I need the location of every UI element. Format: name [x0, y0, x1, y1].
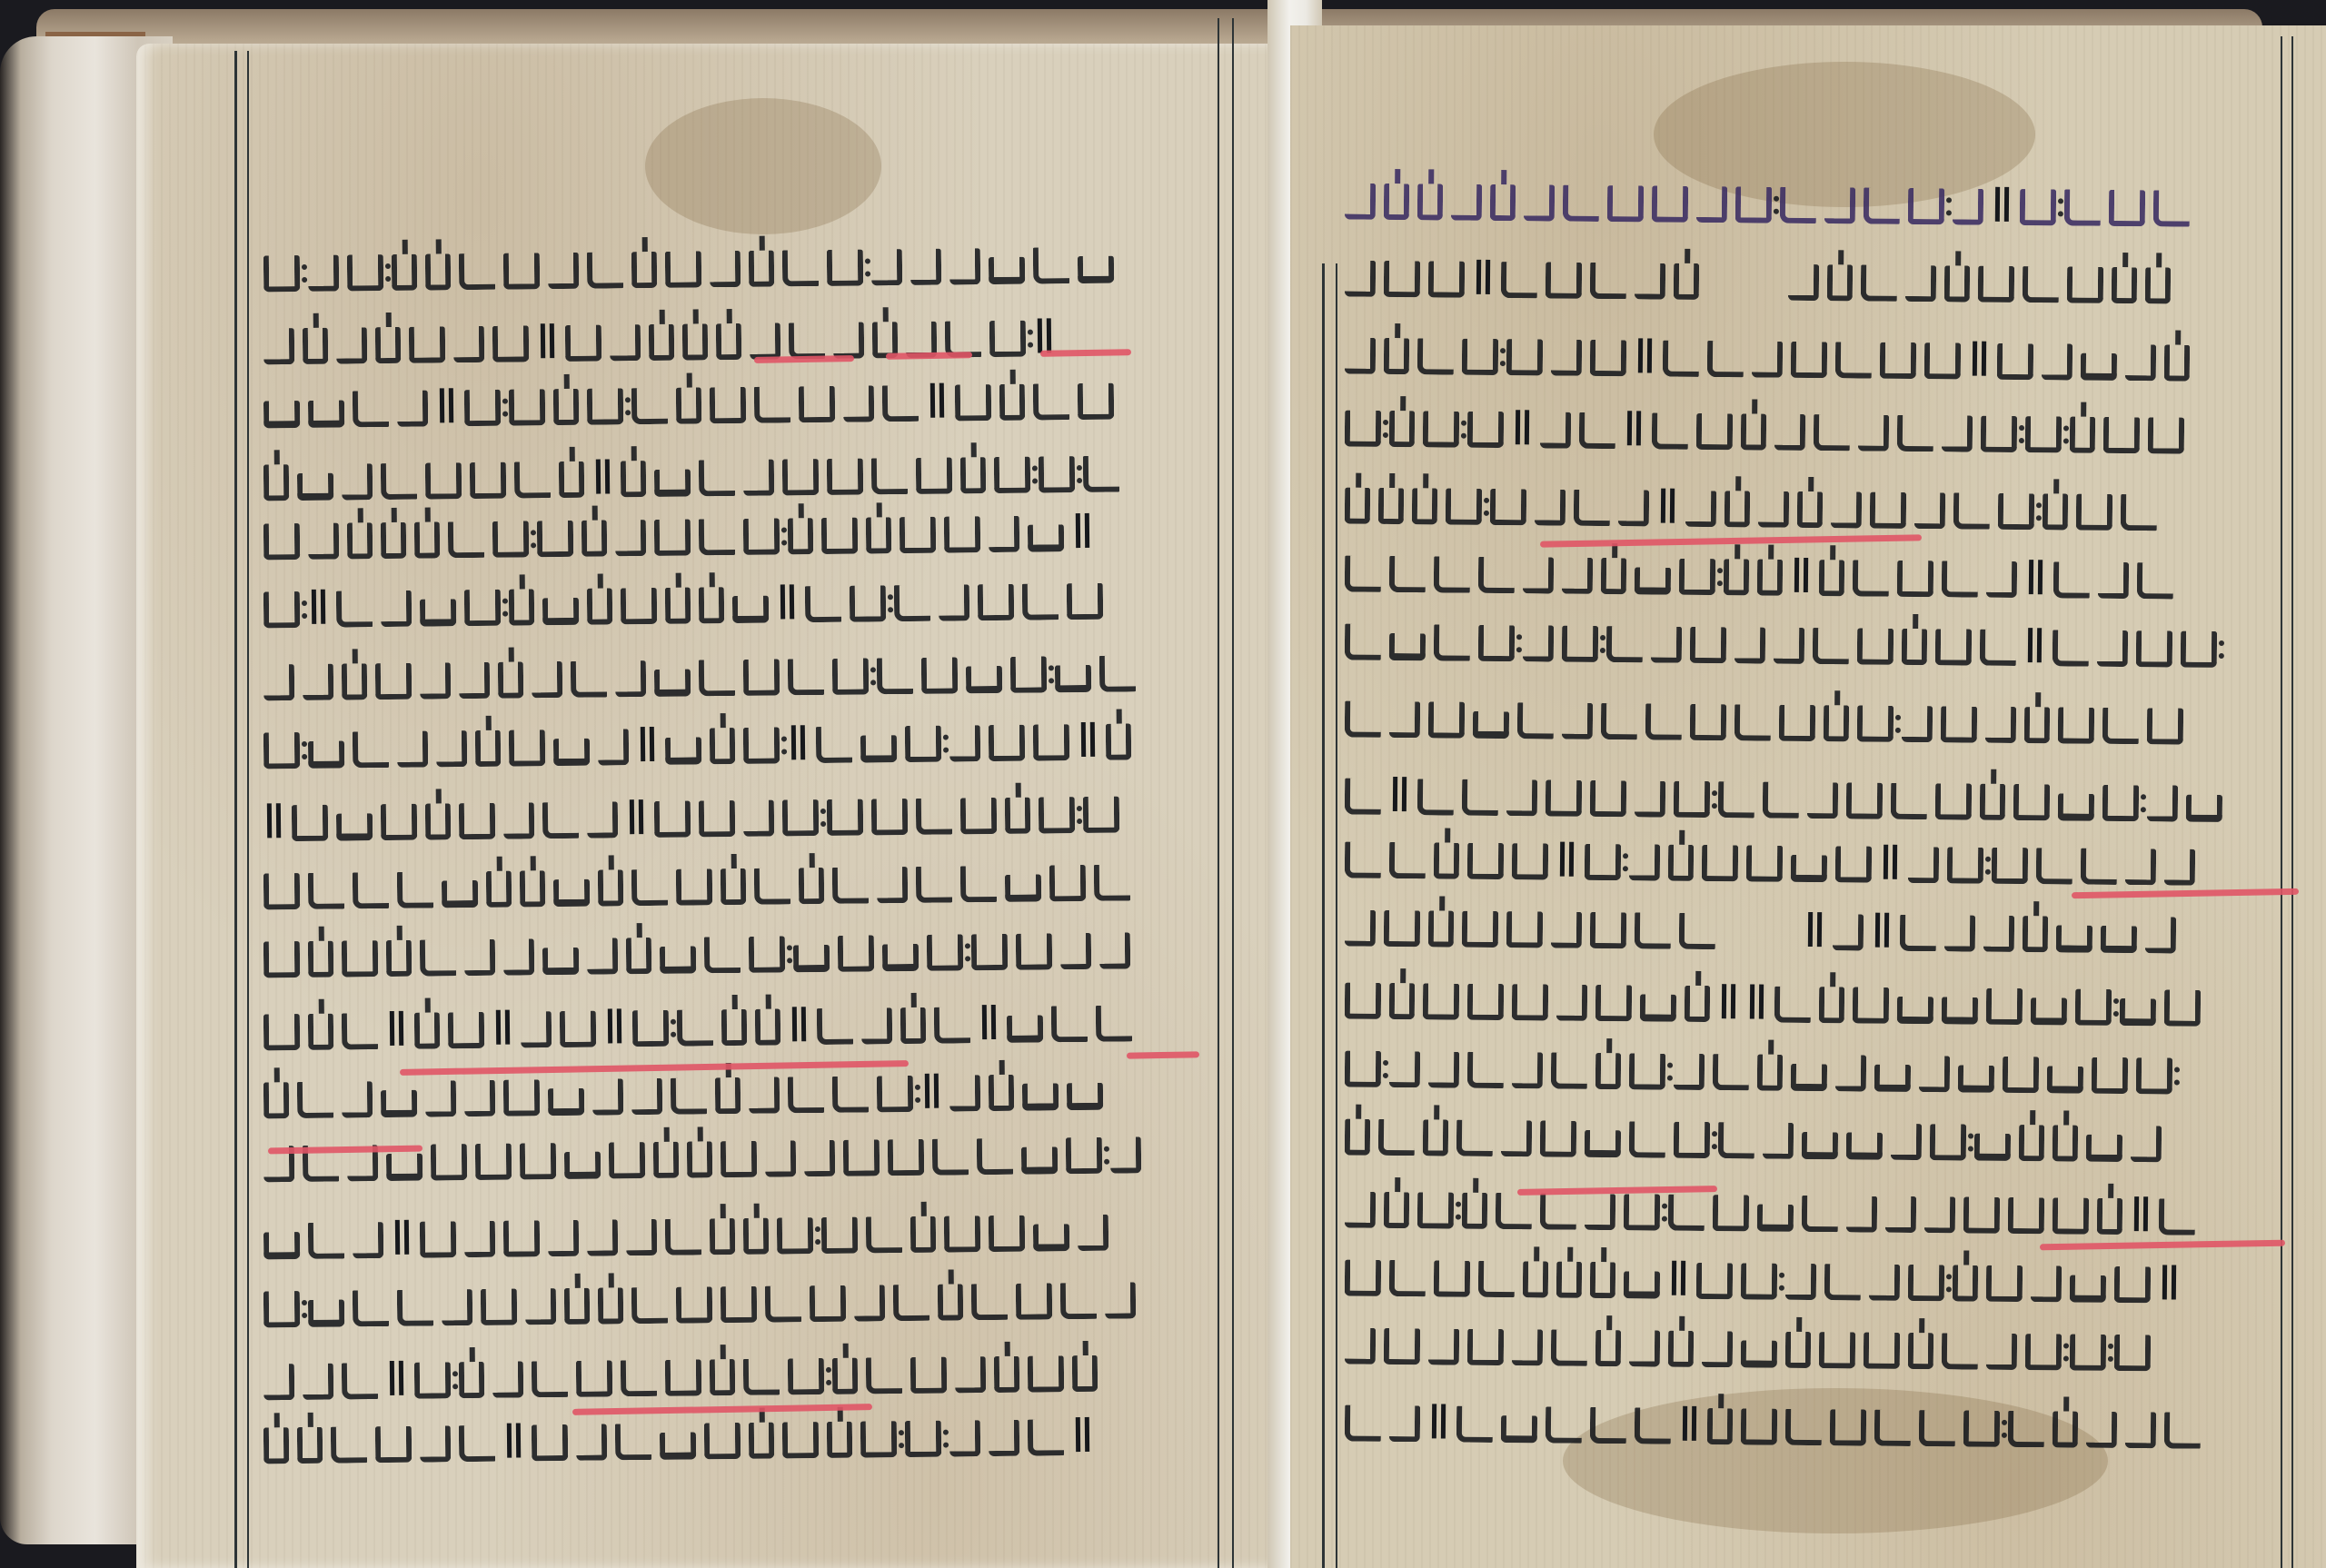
danda-mark [1428, 1402, 1448, 1442]
handwritten-glyph [777, 1217, 813, 1254]
handwritten-glyph [1585, 844, 1621, 880]
handwritten-glyph [2020, 189, 2056, 225]
handwritten-glyph [420, 1221, 456, 1257]
handwritten-glyph [615, 1424, 651, 1460]
handwritten-glyph [687, 1141, 712, 1177]
handwritten-glyph [2053, 561, 2090, 598]
handwritten-glyph [442, 880, 478, 908]
handwritten-glyph [342, 663, 367, 700]
handwritten-glyph [342, 1081, 373, 1117]
handwritten-glyph [615, 520, 646, 556]
handwritten-glyph [1986, 1265, 2023, 1302]
handwritten-glyph [732, 596, 769, 623]
handwritten-glyph [1556, 1262, 1582, 1298]
handwritten-glyph [934, 1007, 970, 1043]
handwritten-glyph [1908, 847, 1939, 883]
handwritten-glyph [1741, 1340, 1777, 1367]
handwritten-glyph [1506, 779, 1537, 816]
handwritten-glyph [503, 1220, 540, 1256]
right-page-margin-rule [1322, 263, 1325, 1568]
danda-mark [1624, 409, 1644, 449]
handwritten-glyph [1345, 488, 1370, 524]
handwritten-glyph [999, 384, 1025, 421]
handwritten-glyph [743, 460, 774, 496]
right-page-margin-rule [2291, 36, 2293, 1568]
handwritten-glyph [375, 663, 412, 700]
handwritten-glyph [303, 1364, 333, 1400]
danda-mark [1635, 336, 1655, 376]
manuscript-line [1345, 978, 2271, 1027]
handwritten-glyph [2047, 1066, 2083, 1093]
handwritten-glyph [2013, 784, 2050, 820]
handwritten-glyph [1551, 340, 1582, 376]
handwritten-glyph [1467, 843, 1504, 879]
handwritten-glyph [715, 1077, 741, 1114]
handwritten-glyph [263, 941, 300, 978]
handwritten-glyph [1663, 341, 1699, 377]
handwritten-glyph [2064, 189, 2101, 225]
handwritten-glyph [2186, 795, 2222, 822]
handwritten-glyph [459, 1362, 484, 1398]
handwritten-glyph [1774, 414, 1805, 451]
handwritten-glyph [789, 323, 825, 359]
handwritten-glyph [989, 516, 1019, 552]
handwritten-glyph [1005, 874, 1041, 901]
handwritten-glyph [542, 802, 579, 839]
handwritten-glyph [665, 1218, 701, 1255]
handwritten-glyph [699, 660, 735, 696]
handwritten-glyph [263, 255, 300, 292]
handwritten-glyph [631, 388, 668, 424]
handwritten-glyph [676, 868, 712, 905]
handwritten-glyph [749, 1423, 774, 1459]
handwritten-glyph [827, 250, 863, 286]
handwritten-glyph [514, 461, 551, 498]
handwritten-glyph [425, 462, 462, 499]
handwritten-glyph [308, 255, 339, 292]
handwritten-glyph [749, 936, 785, 972]
handwritten-glyph [910, 1216, 936, 1253]
manuscript-line [1345, 1114, 2271, 1164]
handwritten-glyph [2008, 1411, 2044, 1447]
handwritten-glyph [525, 1288, 556, 1325]
handwritten-glyph [381, 804, 417, 840]
handwritten-glyph [810, 1285, 846, 1322]
handwritten-glyph [1763, 782, 1799, 819]
handwritten-glyph [2081, 353, 2117, 381]
handwritten-glyph [1028, 524, 1064, 551]
handwritten-glyph [966, 666, 1002, 693]
handwritten-glyph [1467, 1329, 1504, 1365]
handwritten-glyph [2056, 925, 2092, 952]
handwritten-glyph [1902, 629, 1927, 665]
handwritten-glyph [503, 802, 534, 839]
handwritten-glyph [459, 1425, 495, 1462]
handwritten-glyph [1579, 412, 1615, 449]
handwritten-glyph [1902, 706, 1933, 742]
handwritten-glyph [1629, 1330, 1660, 1366]
handwritten-glyph [1016, 1283, 1052, 1319]
handwritten-glyph [1963, 1410, 2000, 1446]
handwritten-glyph [927, 934, 963, 970]
handwritten-glyph [1590, 1262, 1615, 1298]
handwritten-glyph [631, 869, 668, 906]
handwritten-glyph [1746, 845, 1783, 881]
handwritten-glyph [1819, 560, 1844, 596]
handwritten-glyph [750, 323, 780, 359]
handwritten-glyph [665, 588, 691, 624]
handwritten-glyph [1389, 556, 1426, 592]
handwritten-glyph [710, 728, 735, 764]
handwritten-glyph [520, 1143, 556, 1179]
handwritten-glyph [431, 1144, 467, 1180]
handwritten-glyph [799, 386, 835, 422]
handwritten-glyph [2023, 266, 2059, 303]
handwritten-glyph [1900, 915, 1936, 951]
handwritten-glyph [827, 799, 863, 836]
handwritten-glyph [263, 1364, 294, 1400]
danda-mark [1078, 720, 1098, 760]
handwritten-glyph [1506, 339, 1543, 375]
handwritten-glyph [1345, 411, 1381, 447]
handwritten-glyph [949, 725, 980, 761]
handwritten-glyph [2136, 630, 2172, 667]
danda-mark [1791, 556, 1811, 596]
handwritten-glyph [932, 1138, 969, 1175]
handwritten-glyph [353, 731, 389, 768]
handwritten-glyph [1345, 842, 1381, 878]
handwritten-glyph [850, 585, 886, 621]
handwritten-glyph [1434, 624, 1470, 660]
handwritten-glyph [564, 1288, 590, 1325]
manuscript-line [1345, 1255, 2271, 1305]
handwritten-glyph [1985, 707, 2016, 743]
handwritten-glyph [1562, 558, 1593, 594]
handwritten-glyph [308, 1223, 344, 1259]
handwritten-glyph [425, 803, 451, 839]
handwritten-glyph [1066, 1137, 1102, 1174]
manuscript-line [1345, 773, 2271, 823]
handwritten-glyph [1958, 1065, 1994, 1092]
handwritten-glyph [397, 391, 428, 427]
handwritten-glyph [342, 1363, 378, 1399]
handwritten-glyph [386, 1154, 422, 1181]
handwritten-glyph [1033, 1224, 1069, 1251]
handwritten-glyph [1635, 780, 1665, 817]
handwritten-glyph [1788, 264, 1819, 301]
handwritten-glyph [1456, 1120, 1493, 1156]
handwritten-glyph [649, 324, 674, 361]
handwritten-glyph [854, 1285, 885, 1321]
handwritten-glyph [632, 1010, 669, 1047]
handwritten-glyph [1942, 561, 1978, 597]
handwritten-glyph [336, 327, 367, 363]
handwritten-glyph [955, 384, 991, 421]
handwritten-glyph [699, 587, 724, 623]
handwritten-glyph [871, 799, 908, 835]
handwritten-glyph [1067, 1083, 1103, 1110]
handwritten-glyph [2125, 849, 2156, 885]
handwritten-glyph [2008, 1197, 2044, 1234]
handwritten-glyph [1517, 702, 1554, 739]
handwritten-glyph [782, 1422, 819, 1458]
manuscript-line [1345, 905, 2271, 955]
handwritten-glyph [2081, 849, 2117, 885]
handwritten-glyph [1963, 1196, 2000, 1233]
handwritten-glyph [2075, 989, 2112, 1026]
handwritten-glyph [297, 1082, 333, 1118]
handwritten-glyph [971, 934, 1008, 970]
handwritten-glyph [1978, 266, 2014, 303]
handwritten-glyph [1512, 1329, 1543, 1365]
handwritten-glyph [308, 941, 333, 978]
handwritten-glyph [1585, 1194, 1615, 1230]
handwritten-glyph [1535, 489, 1566, 525]
handwritten-glyph [1953, 188, 1983, 224]
handwritten-glyph [1735, 186, 1772, 223]
handwritten-glyph [799, 868, 824, 904]
handwritten-glyph [1785, 1332, 1811, 1368]
handwritten-glyph [2112, 267, 2137, 303]
handwritten-glyph [2098, 562, 2129, 599]
handwritten-glyph [414, 1362, 451, 1398]
handwritten-glyph [1986, 988, 2023, 1025]
handwritten-glyph [1785, 1264, 1816, 1300]
handwritten-glyph [397, 871, 433, 908]
handwritten-glyph [1540, 412, 1571, 448]
danda-mark [392, 1218, 412, 1258]
handwritten-glyph [1524, 184, 1555, 221]
handwritten-glyph [1853, 987, 1889, 1023]
handwritten-glyph [900, 1007, 926, 1044]
handwritten-glyph [542, 948, 579, 975]
handwritten-glyph [587, 388, 623, 424]
handwritten-glyph [1618, 490, 1649, 526]
handwritten-glyph [1417, 1192, 1454, 1228]
handwritten-glyph [1861, 265, 1897, 302]
handwritten-glyph [1741, 1263, 1777, 1299]
handwritten-glyph [1624, 1271, 1660, 1298]
handwritten-glyph [682, 323, 708, 360]
handwritten-glyph [921, 657, 958, 693]
handwritten-glyph [2148, 417, 2184, 453]
danda-mark [592, 457, 612, 497]
handwritten-glyph [548, 253, 579, 289]
handwritten-glyph [1763, 1123, 1794, 1159]
handwritten-glyph [2145, 917, 2176, 953]
handwritten-glyph [1718, 781, 1754, 818]
handwritten-glyph [743, 518, 780, 554]
manuscript-line [1345, 332, 2271, 382]
handwritten-glyph [503, 253, 540, 289]
danda-mark [626, 798, 646, 838]
handwritten-glyph [381, 522, 406, 559]
handwritten-glyph [755, 1008, 780, 1045]
handwritten-glyph [978, 584, 1014, 620]
handwritten-glyph [1389, 1051, 1420, 1087]
manuscript-line [1345, 551, 2271, 600]
handwritten-glyph [665, 251, 701, 287]
handwritten-glyph [565, 325, 601, 362]
danda-mark [1746, 982, 1766, 1022]
handwritten-glyph [581, 520, 607, 556]
handwritten-glyph [1462, 339, 1498, 375]
handwritten-glyph [699, 519, 735, 555]
handwritten-glyph [1624, 1194, 1660, 1230]
handwritten-glyph [1935, 783, 1972, 819]
handwritten-glyph [989, 321, 1026, 357]
handwritten-glyph [353, 1290, 389, 1326]
handwritten-glyph [905, 726, 941, 762]
handwritten-glyph [2125, 1412, 2156, 1448]
danda-mark [1473, 258, 1493, 298]
danda-mark [604, 1007, 624, 1047]
handwritten-glyph [838, 935, 874, 971]
handwritten-glyph [832, 867, 869, 903]
handwritten-glyph [1033, 724, 1069, 760]
handwritten-glyph [960, 866, 997, 902]
handwritten-glyph [263, 1291, 300, 1327]
handwritten-glyph [1757, 560, 1783, 596]
danda-mark [1872, 911, 1892, 951]
handwritten-glyph [1523, 1261, 1548, 1297]
handwritten-glyph [2136, 1057, 2172, 1094]
handwritten-glyph [1512, 1052, 1543, 1088]
handwritten-glyph [893, 1285, 929, 1321]
handwritten-glyph [1345, 1119, 1370, 1156]
handwritten-glyph [1546, 1406, 1582, 1443]
handwritten-glyph [1540, 1120, 1576, 1156]
handwritten-glyph [1590, 912, 1626, 948]
handwritten-glyph [331, 1426, 367, 1463]
handwritten-glyph [1707, 341, 1744, 377]
handwritten-glyph [1467, 1052, 1504, 1088]
handwritten-glyph [420, 939, 456, 976]
handwritten-glyph [1423, 1119, 1448, 1156]
handwritten-glyph [1595, 1330, 1621, 1366]
handwritten-glyph [559, 461, 584, 498]
handwritten-glyph [866, 517, 891, 553]
handwritten-glyph [1378, 488, 1404, 524]
handwritten-glyph [464, 390, 501, 426]
handwritten-glyph [1345, 1328, 1376, 1365]
handwritten-glyph [1601, 703, 1637, 739]
handwritten-glyph [303, 664, 333, 700]
handwritten-glyph [1462, 1193, 1487, 1229]
handwritten-glyph [1462, 779, 1498, 816]
handwritten-glyph [442, 1289, 472, 1325]
handwritten-glyph [2003, 1057, 2039, 1093]
handwritten-glyph [263, 401, 300, 428]
handwritten-glyph [788, 1077, 824, 1113]
handwritten-glyph [263, 664, 294, 700]
handwritten-glyph [1741, 1408, 1777, 1444]
danda-mark [637, 725, 657, 765]
handwritten-glyph [621, 461, 646, 497]
handwritten-glyph [788, 659, 824, 695]
handwritten-glyph [2153, 190, 2190, 226]
handwritten-glyph [1446, 489, 1482, 525]
handwritten-glyph [1345, 556, 1381, 592]
handwritten-glyph [1384, 338, 1409, 374]
handwritten-glyph [453, 326, 484, 362]
handwritten-glyph [1874, 1065, 1911, 1092]
handwritten-glyph [2076, 494, 2112, 531]
handwritten-glyph [353, 391, 389, 427]
handwritten-glyph [459, 803, 495, 839]
danda-mark [1072, 1415, 1092, 1455]
handwritten-glyph [1417, 338, 1454, 374]
handwritten-glyph [743, 1218, 769, 1255]
handwritten-glyph [1942, 415, 1973, 452]
handwritten-glyph [1690, 627, 1726, 663]
handwritten-glyph [710, 1359, 735, 1395]
handwritten-glyph [805, 586, 841, 622]
handwritten-glyph [2058, 793, 2094, 820]
handwritten-glyph [1696, 1263, 1733, 1299]
danda-mark [1389, 775, 1409, 815]
handwritten-glyph [977, 1138, 1013, 1175]
handwritten-glyph [2125, 344, 2156, 381]
handwritten-glyph [1924, 342, 1961, 379]
handwritten-glyph [548, 1088, 584, 1116]
handwritten-glyph [1757, 1055, 1783, 1091]
handwritten-glyph [2101, 926, 2137, 953]
handwritten-glyph [710, 387, 746, 423]
handwritten-glyph [2181, 631, 2217, 668]
handwritten-glyph [1685, 491, 1716, 527]
handwritten-glyph [475, 730, 501, 767]
handwritten-glyph [1629, 844, 1660, 880]
handwritten-glyph [1345, 1405, 1381, 1442]
handwritten-glyph [1774, 987, 1811, 1023]
handwritten-glyph [621, 1360, 657, 1396]
danda-mark [1992, 185, 2012, 225]
handwritten-glyph [1434, 556, 1470, 592]
handwritten-glyph [1785, 1409, 1822, 1445]
handwritten-glyph [425, 253, 451, 290]
handwritten-glyph [1986, 1334, 2017, 1370]
handwritten-glyph [1078, 1215, 1108, 1251]
handwritten-glyph [1758, 491, 1789, 528]
handwritten-glyph [2164, 849, 2195, 885]
handwritten-glyph [1016, 933, 1052, 969]
handwritten-glyph [949, 1420, 980, 1456]
handwritten-glyph [292, 805, 328, 841]
handwritten-glyph [827, 1422, 852, 1458]
handwritten-glyph [1685, 986, 1710, 1022]
handwritten-glyph [1428, 261, 1465, 297]
right-page-margin-rule [2281, 36, 2282, 1568]
handwritten-glyph [481, 1289, 517, 1325]
handwritten-glyph [1953, 492, 1990, 529]
handwritten-glyph [592, 1078, 623, 1115]
handwritten-glyph [1389, 1260, 1426, 1296]
handwritten-glyph [1607, 185, 1644, 222]
danda-mark [1718, 982, 1738, 1022]
handwritten-glyph [308, 523, 339, 560]
handwritten-glyph [1067, 583, 1103, 620]
handwritten-glyph [492, 1361, 523, 1397]
handwritten-glyph [782, 459, 819, 495]
danda-mark [1880, 843, 1900, 883]
handwritten-glyph [1428, 910, 1454, 947]
handwritten-glyph [832, 1358, 858, 1394]
handwritten-glyph [303, 328, 328, 364]
handwritten-glyph [1345, 1260, 1381, 1296]
handwritten-glyph [2043, 493, 2068, 530]
handwritten-glyph [1389, 1405, 1420, 1442]
